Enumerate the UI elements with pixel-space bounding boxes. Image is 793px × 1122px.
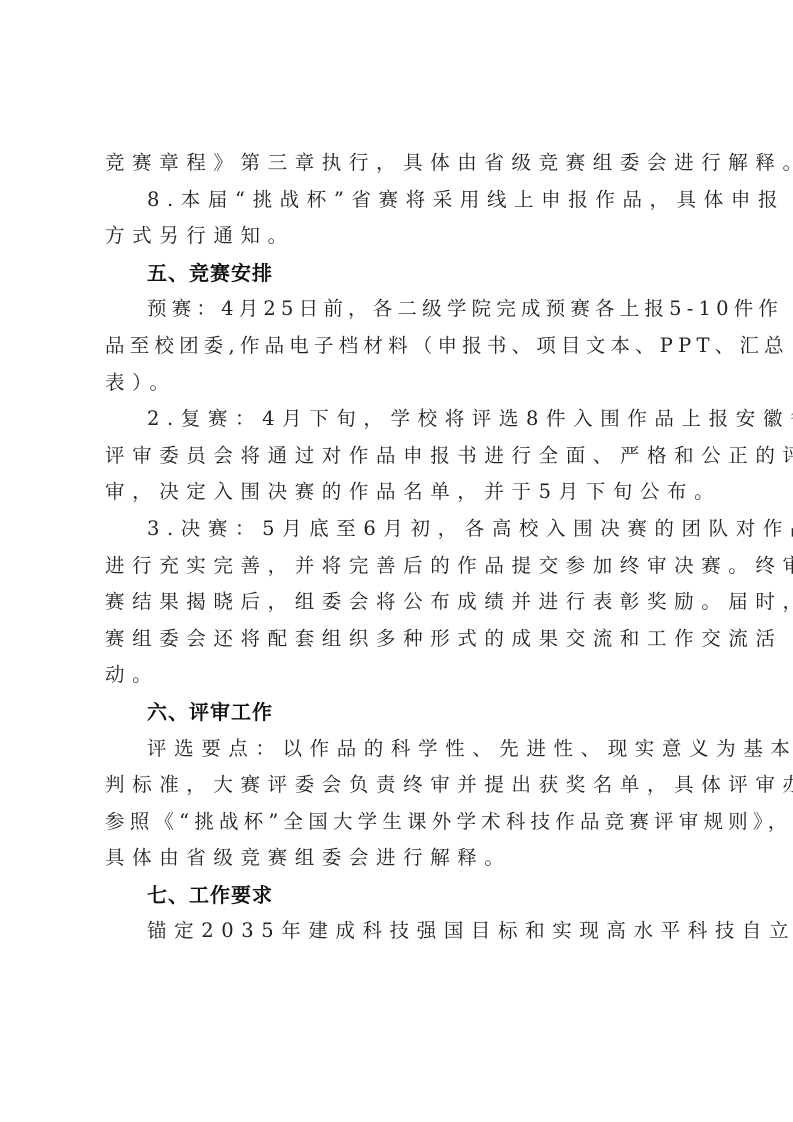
paragraph-line: 进行充实完善，并将完善后的作品提交参加终审决赛。终审决 [105,548,695,585]
paragraph-line: 动。 [105,657,695,694]
section-heading-schedule: 五、竞赛安排 [105,255,695,292]
paragraph-line: 2.复赛：4月下旬，学校将评选8件入围作品上报安徽省 [105,401,695,438]
document-body: 竞赛章程》第三章执行，具体由省级竞赛组委会进行解释。 8.本届“挑战杯”省赛将采… [105,145,695,950]
paragraph-line: 品至校团委,作品电子档材料（申报书、项目文本、PPT、汇总 [105,328,695,365]
paragraph-line: 竞赛章程》第三章执行，具体由省级竞赛组委会进行解释。 [105,145,695,182]
paragraph-line: 评选要点：以作品的科学性、先进性、现实意义为基本评 [105,731,695,768]
paragraph-line: 评审委员会将通过对作品申报书进行全面、严格和公正的评 [105,438,695,475]
document-page: 竞赛章程》第三章执行，具体由省级竞赛组委会进行解释。 8.本届“挑战杯”省赛将采… [0,0,793,1122]
paragraph-line: 预赛：4月25日前，各二级学院完成预赛各上报5-10件作 [105,291,695,328]
paragraph-line: 3.决赛：5月底至6月初，各高校入围决赛的团队对作品 [105,511,695,548]
section-heading-review: 六、评审工作 [105,694,695,731]
paragraph-line: 赛结果揭晓后，组委会将公布成绩并进行表彰奖励。届时，大 [105,584,695,621]
paragraph-line: 表）。 [105,365,695,402]
paragraph-line: 判标准，大赛评委会负责终审并提出获奖名单，具体评审办法 [105,767,695,804]
paragraph-line: 参照《“挑战杯”全国大学生课外学术科技作品竞赛评审规则》， [105,804,695,841]
paragraph-line: 方式另行通知。 [105,218,695,255]
paragraph-line: 锚定2035年建成科技强国目标和实现高水平科技自立自 [105,913,695,950]
paragraph-line: 审，决定入围决赛的作品名单，并于5月下旬公布。 [105,474,695,511]
paragraph-line: 具体由省级竞赛组委会进行解释。 [105,840,695,877]
paragraph-line: 8.本届“挑战杯”省赛将采用线上申报作品，具体申报 [105,182,695,219]
section-heading-requirements: 七、工作要求 [105,877,695,914]
paragraph-line: 赛组委会还将配套组织多种形式的成果交流和工作交流活 [105,621,695,658]
